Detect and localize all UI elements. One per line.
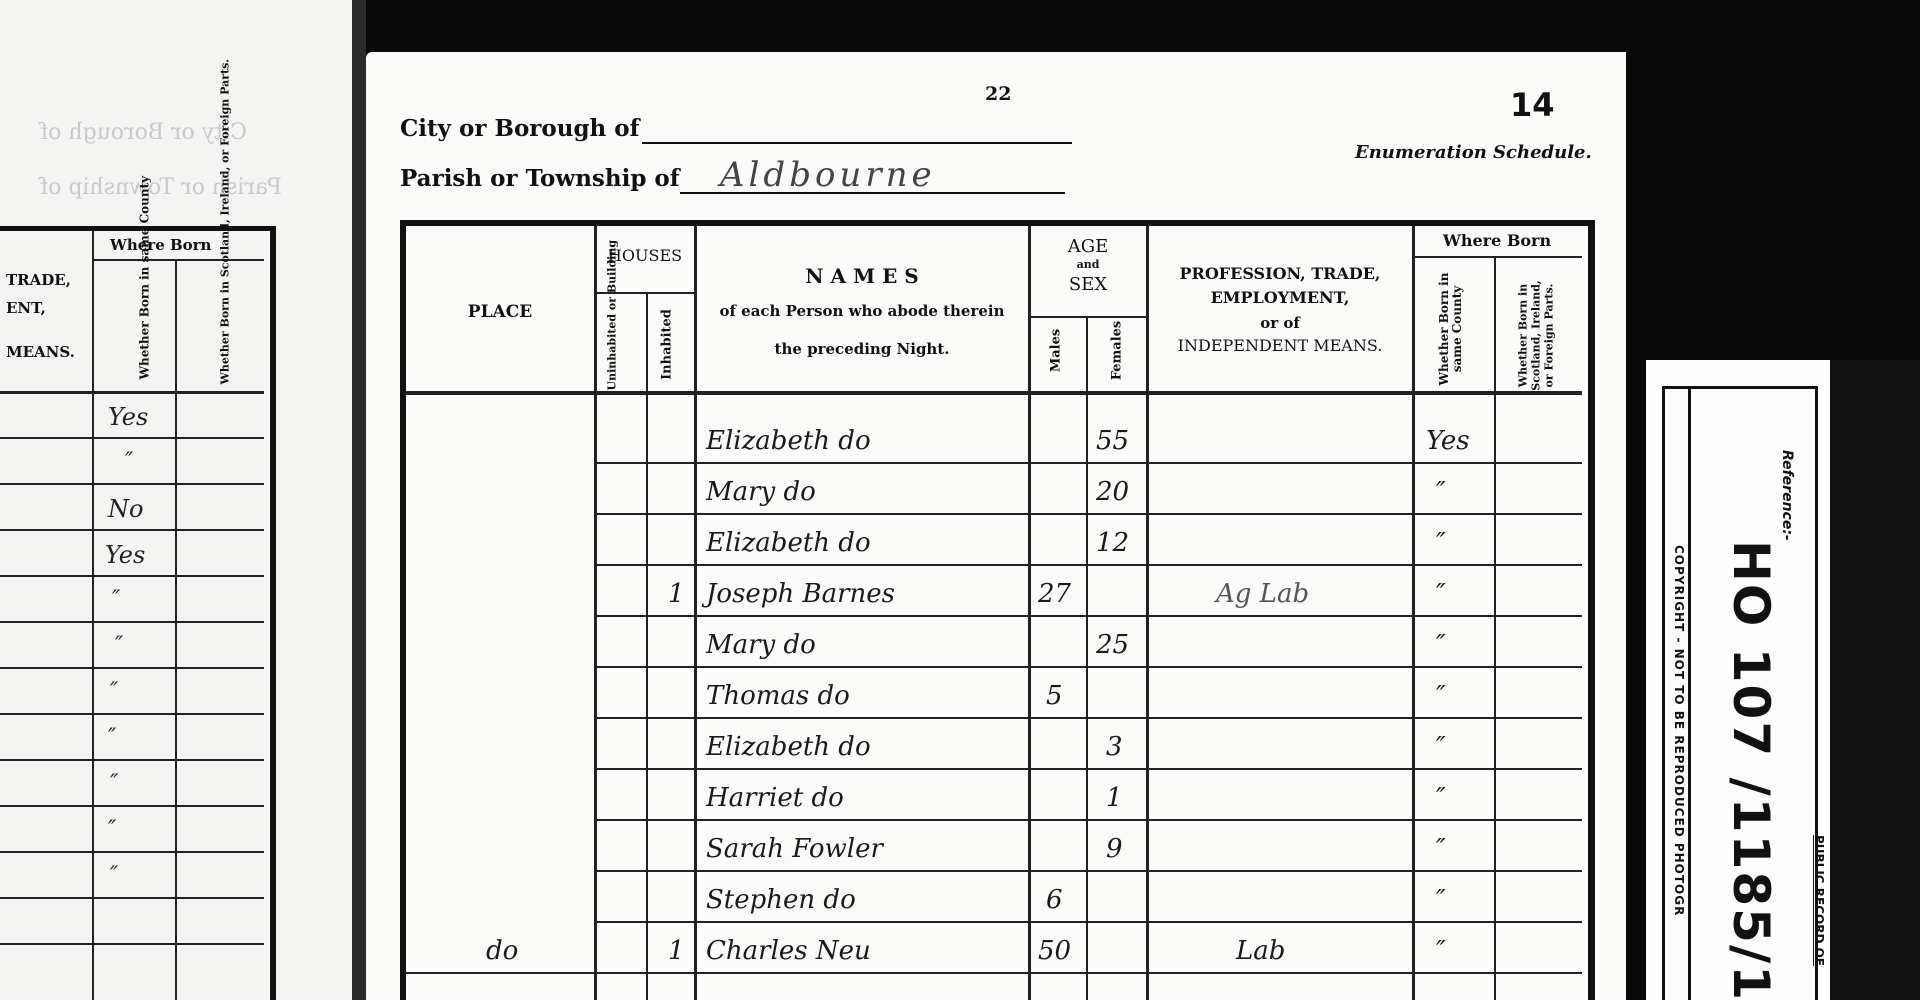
schedule-label: Enumeration Schedule.	[1355, 142, 1592, 163]
county-cell: ″	[1436, 681, 1446, 711]
column-header-and: and	[1028, 258, 1148, 271]
profession-cell: Lab	[1236, 936, 1285, 966]
name-cell: Mary do	[706, 477, 816, 507]
column-header-inhabited: Inhabited	[661, 300, 674, 390]
left-born-cell: ″	[115, 633, 123, 658]
city-label: City or Borough of	[400, 115, 640, 142]
reference-code: HO 107 /1185/1	[1722, 540, 1780, 1000]
column-header-sex: SEX	[1028, 274, 1148, 295]
county-cell: ″	[1436, 528, 1446, 558]
column-header-names-sub1: of each Person who abode therein	[696, 302, 1028, 320]
name-cell: Thomas do	[706, 681, 850, 711]
left-header-same-county: Whether Born in same County	[139, 240, 152, 380]
public-record-office-text: PUBLIC RECORD OF	[1812, 835, 1826, 966]
female-age-cell: 9	[1106, 834, 1123, 864]
left-born-cell: Yes	[108, 403, 148, 431]
column-header-profession-3: or of	[1148, 314, 1412, 332]
census-table: PLACE HOUSES Uninhabited or Building Inh…	[400, 220, 1595, 1000]
column-header-females: Females	[1111, 321, 1124, 381]
county-cell: ″	[1436, 834, 1446, 864]
column-header-profession-1: PROFESSION, TRADE,	[1148, 264, 1412, 283]
column-header-where-born: Where Born	[1412, 231, 1582, 250]
inhabited-cell: 1	[668, 579, 685, 609]
name-cell: Elizabeth do	[706, 732, 871, 762]
left-header-scotland: Whether Born in Scotland, Ireland, or Fo…	[219, 235, 232, 385]
county-cell: ″	[1436, 477, 1446, 507]
parish-value: Aldbourne	[720, 155, 936, 195]
scan-background	[1830, 360, 1920, 1000]
ghost-parish-text: Parish or Township of	[40, 175, 282, 200]
left-born-cell: No	[108, 495, 143, 523]
male-age-cell: 50	[1038, 936, 1071, 966]
county-cell: ″	[1436, 630, 1446, 660]
sheet-number: 14	[1510, 86, 1555, 124]
book-gutter	[352, 0, 366, 1000]
male-age-cell: 27	[1038, 579, 1071, 609]
left-born-cell: ″	[112, 587, 120, 612]
column-header-same-county: Whether Born in same County	[1438, 269, 1464, 389]
left-born-cell: ″	[110, 771, 118, 796]
reference-label-divider	[1688, 386, 1691, 1000]
column-header-profession-4: INDEPENDENT MEANS.	[1148, 336, 1412, 355]
left-born-cell: ″	[108, 817, 116, 842]
male-age-cell: 5	[1046, 681, 1063, 711]
column-header-profession-2: EMPLOYMENT,	[1148, 288, 1412, 307]
left-page-table: TRADE, ENT, MEANS. Where Born Whether Bo…	[0, 226, 276, 1000]
left-born-cell: Yes	[105, 541, 145, 569]
parish-label: Parish or Township of	[400, 165, 680, 192]
left-header-means: MEANS.	[6, 343, 75, 361]
place-cell: do	[486, 936, 518, 966]
name-cell: Joseph Barnes	[706, 579, 895, 609]
name-cell: Harriet do	[706, 783, 844, 813]
left-born-cell: ″	[125, 449, 133, 474]
column-header-age: AGE	[1028, 236, 1148, 257]
left-born-cell: ″	[110, 863, 118, 888]
inhabited-cell: 1	[668, 936, 685, 966]
column-header-uninhabited: Uninhabited or Building	[606, 291, 619, 391]
name-cell: Sarah Fowler	[706, 834, 883, 864]
name-cell: Mary do	[706, 630, 816, 660]
female-age-cell: 55	[1096, 426, 1129, 456]
column-header-names: N A M E S	[696, 264, 1028, 288]
left-born-cell: ″	[108, 725, 116, 750]
page-number: 22	[985, 83, 1011, 105]
profession-cell: Ag Lab	[1216, 579, 1309, 609]
county-cell: ″	[1436, 885, 1446, 915]
left-header-where-born: Where Born	[110, 236, 211, 254]
column-header-males: Males	[1050, 321, 1063, 381]
city-field-line	[642, 142, 1072, 144]
female-age-cell: 12	[1096, 528, 1129, 558]
copyright-notice: COPYRIGHT - NOT TO BE REPRODUCED PHOTOGR	[1672, 545, 1686, 916]
reference-heading: Reference:-	[1779, 450, 1795, 541]
female-age-cell: 20	[1096, 477, 1129, 507]
county-cell: ″	[1436, 732, 1446, 762]
name-cell: Stephen do	[706, 885, 856, 915]
county-cell: Yes	[1426, 426, 1470, 456]
ghost-city-text: City or Borough of	[40, 120, 247, 145]
name-cell: Elizabeth do	[706, 528, 871, 558]
name-cell: Elizabeth do	[706, 426, 871, 456]
male-age-cell: 6	[1046, 885, 1063, 915]
column-header-scotland: Whether Born in Scotland, Ireland, or Fo…	[1517, 276, 1556, 396]
female-age-cell: 1	[1106, 783, 1123, 813]
county-cell: ″	[1436, 783, 1446, 813]
column-header-names-sub2: the preceding Night.	[696, 340, 1028, 358]
female-age-cell: 3	[1106, 732, 1123, 762]
column-header-place: PLACE	[406, 302, 594, 322]
left-born-cell: ″	[110, 679, 118, 704]
name-cell: Charles Neu	[706, 936, 871, 966]
female-age-cell: 25	[1096, 630, 1129, 660]
left-header-trade: TRADE,	[6, 271, 71, 289]
left-header-ent: ENT,	[6, 299, 46, 317]
county-cell: ″	[1436, 579, 1446, 609]
county-cell: ″	[1436, 936, 1446, 966]
